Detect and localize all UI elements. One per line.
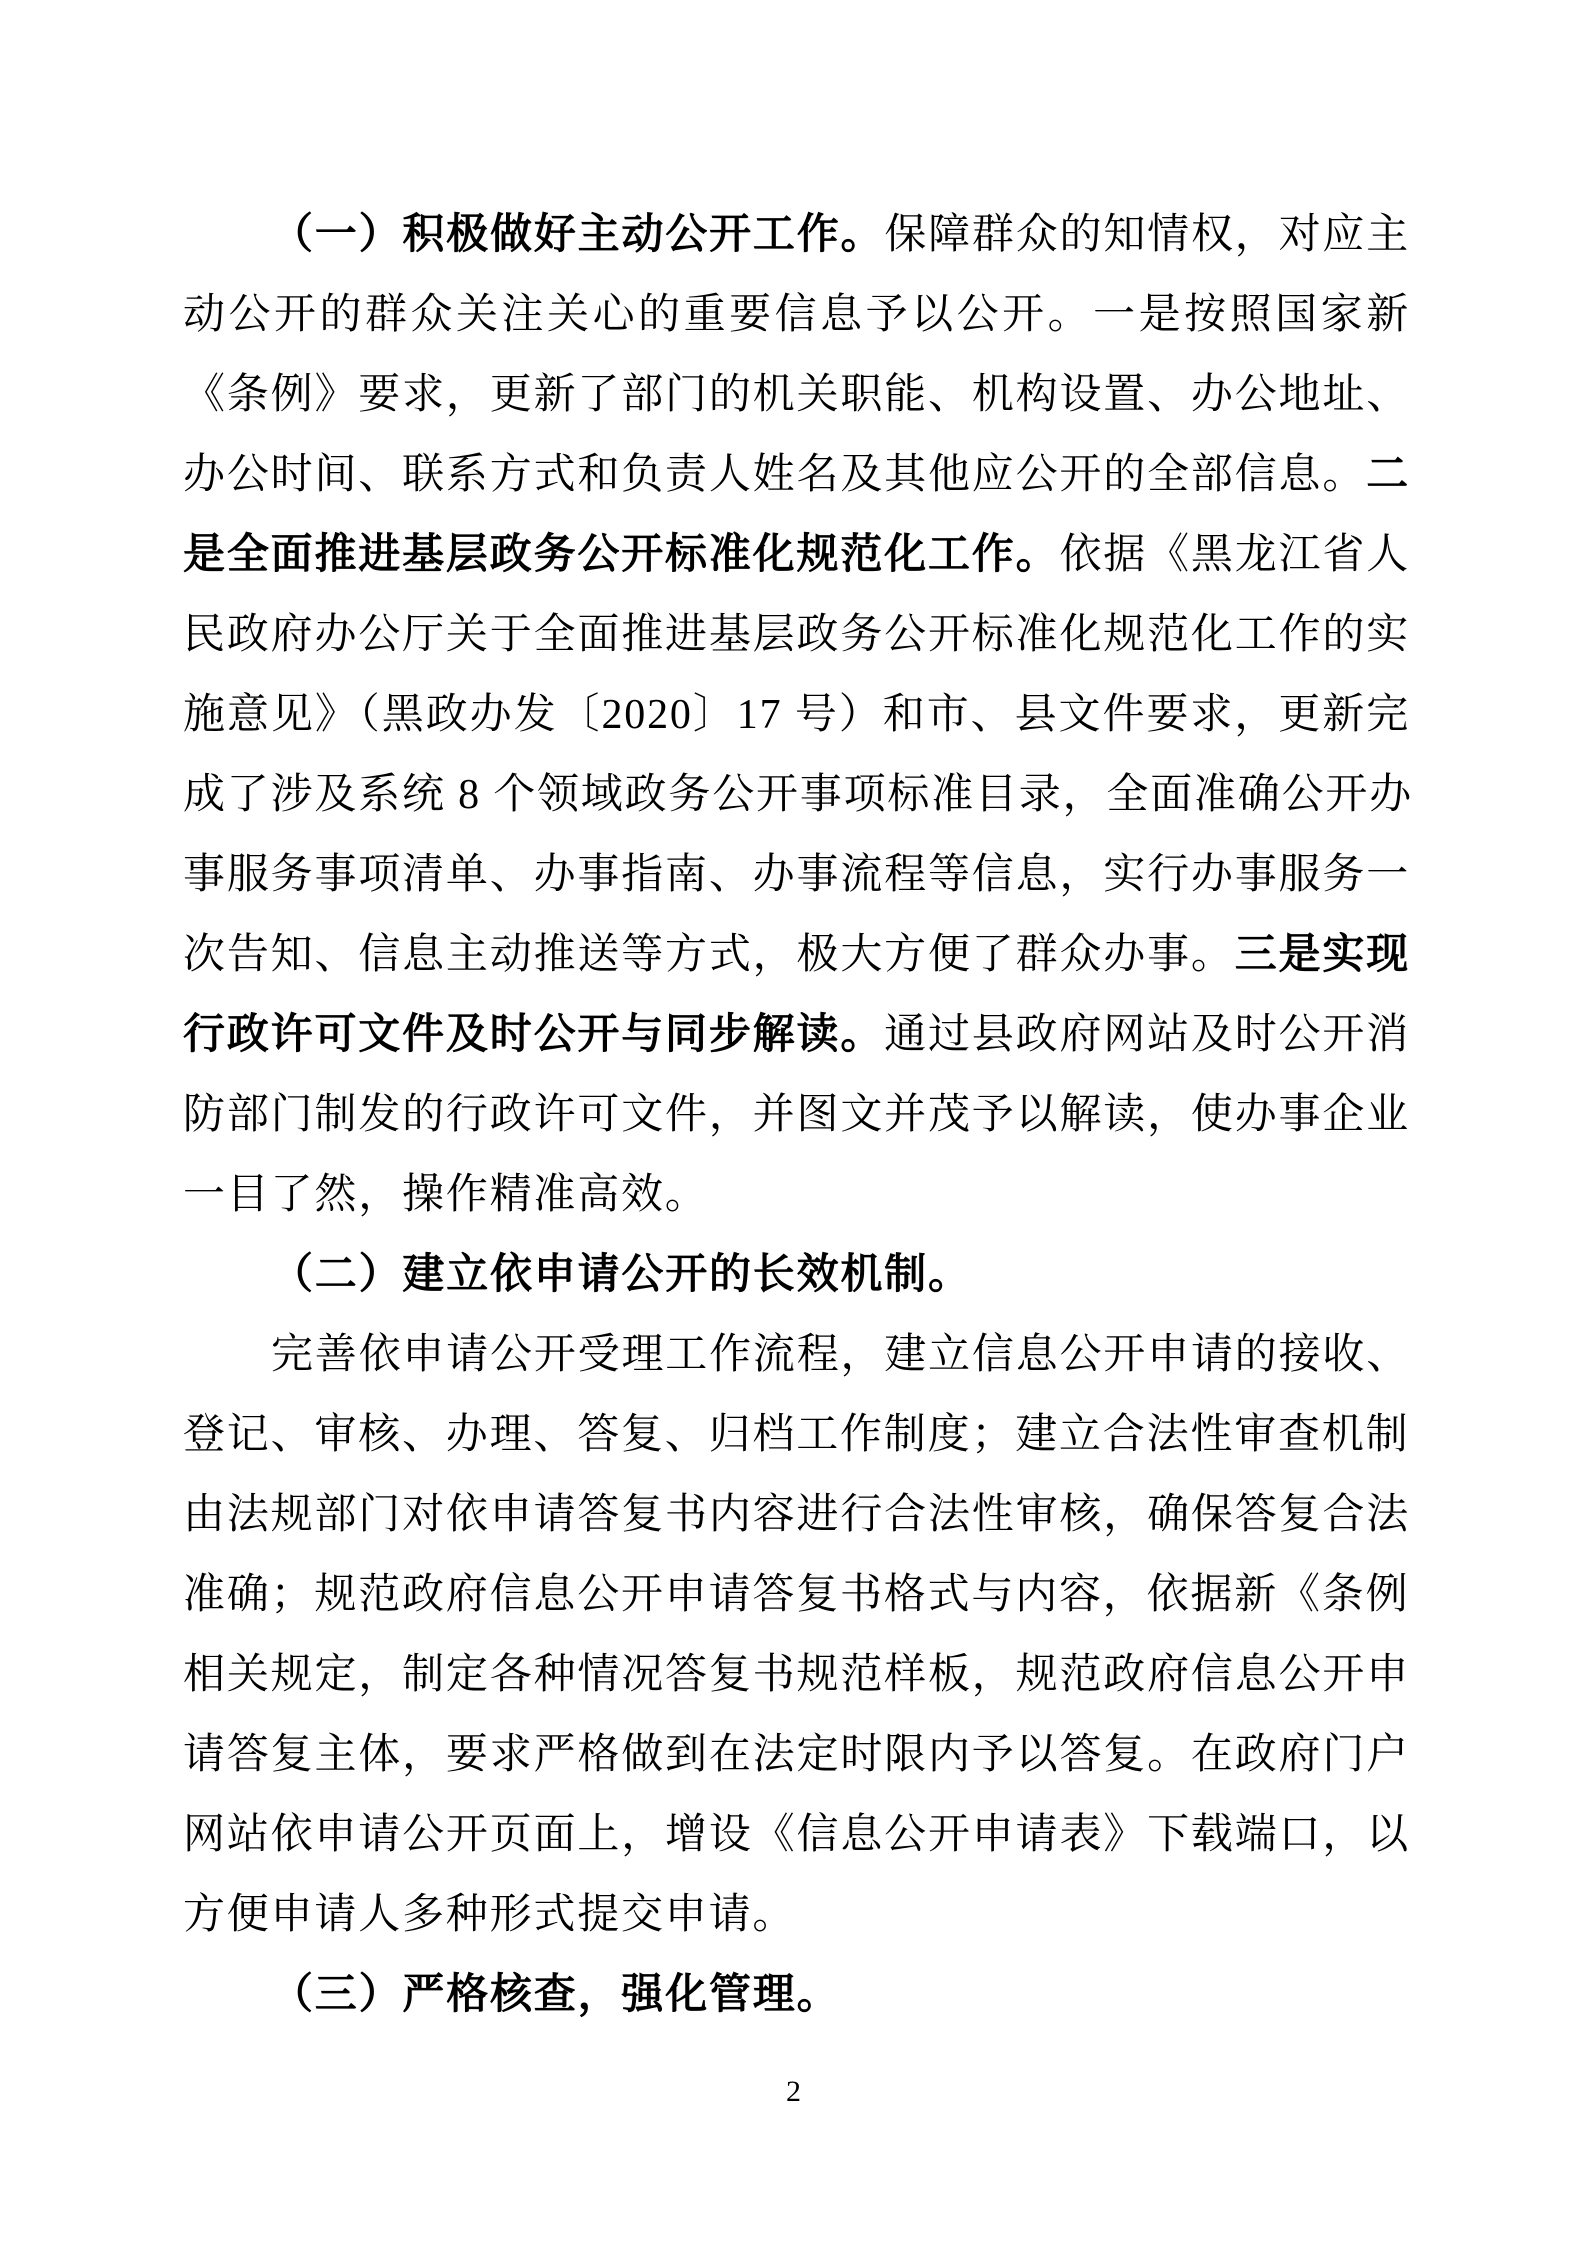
text-line: 施意见》（黑政办发〔2020〕17 号）和市、县文件要求，更新完 <box>183 675 1410 755</box>
text-segment: 保障群众的知情权，对应主 <box>884 212 1410 258</box>
paragraph-section-3-heading: （三）严格核查，强化管理。 <box>183 1955 1410 2035</box>
paragraph-section-2-body: 完善依申请公开受理工作流程，建立信息公开申请的接收、登记、审核、办理、答复、归档… <box>183 1315 1410 1955</box>
text-line: （一）积极做好主动公开工作。保障群众的知情权，对应主 <box>183 195 1410 275</box>
text-line: 由法规部门对依申请答复书内容进行合法性审核，确保答复合法 <box>183 1475 1410 1555</box>
paragraph-section-1-active-disclosure: （一）积极做好主动公开工作。保障群众的知情权，对应主动公开的群众关注关心的重要信… <box>183 195 1410 1235</box>
text-segment: 防部门制发的行政许可文件，并图文并茂予以解读，使办事企业 <box>183 1092 1410 1138</box>
text-line: 准确；规范政府信息公开申请答复书格式与内容，依据新《条例》 <box>183 1555 1410 1635</box>
text-segment: 民政府办公厅关于全面推进基层政务公开标准化规范化工作的实 <box>183 612 1410 658</box>
text-line: 完善依申请公开受理工作流程，建立信息公开申请的接收、 <box>183 1315 1410 1395</box>
text-segment: 通过县政府网站及时公开消 <box>884 1012 1410 1058</box>
bold-text-segment: （三）严格核查，强化管理。 <box>271 1972 840 2018</box>
text-line: 动公开的群众关注关心的重要信息予以公开。一是按照国家新 <box>183 275 1410 355</box>
text-segment: 施意见》（黑政办发〔2020〕17 号）和市、县文件要求，更新完 <box>183 692 1410 738</box>
text-segment: 由法规部门对依申请答复书内容进行合法性审核，确保答复合法 <box>183 1492 1410 1538</box>
text-line: 《条例》要求，更新了部门的机关职能、机构设置、办公地址、 <box>183 355 1410 435</box>
bold-text-segment: 行政许可文件及时公开与同步解读。 <box>183 1012 884 1058</box>
text-line: 行政许可文件及时公开与同步解读。通过县政府网站及时公开消 <box>183 995 1410 1075</box>
text-segment: 请答复主体，要求严格做到在法定时限内予以答复。在政府门户 <box>183 1732 1410 1778</box>
page-number: 2 <box>0 2072 1587 2112</box>
text-segment: 《条例》要求，更新了部门的机关职能、机构设置、办公地址、 <box>183 372 1410 418</box>
bold-text-segment: 三是实现 <box>1235 932 1410 978</box>
text-segment: 一目了然，操作精准高效。 <box>183 1172 709 1218</box>
text-line: 办公时间、联系方式和负责人姓名及其他应公开的全部信息。二 <box>183 435 1410 515</box>
text-line: 成了涉及系统 8 个领域政务公开事项标准目录，全面准确公开办 <box>183 755 1410 835</box>
text-segment: 完善依申请公开受理工作流程，建立信息公开申请的接收、 <box>271 1332 1410 1378</box>
document-page: （一）积极做好主动公开工作。保障群众的知情权，对应主动公开的群众关注关心的重要信… <box>0 0 1587 2245</box>
text-line: 次告知、信息主动推送等方式，极大方便了群众办事。三是实现 <box>183 915 1410 995</box>
text-line: 网站依申请公开页面上，增设《信息公开申请表》下载端口，以 <box>183 1795 1410 1875</box>
text-segment: 办公时间、联系方式和负责人姓名及其他应公开的全部信息。 <box>183 452 1366 498</box>
text-line: 登记、审核、办理、答复、归档工作制度；建立合法性审查机制， <box>183 1395 1410 1475</box>
text-line: 相关规定，制定各种情况答复书规范样板，规范政府信息公开申 <box>183 1635 1410 1715</box>
text-line: （三）严格核查，强化管理。 <box>183 1955 1410 2035</box>
text-segment: 事服务事项清单、办事指南、办事流程等信息，实行办事服务一 <box>183 852 1410 898</box>
text-line: 民政府办公厅关于全面推进基层政务公开标准化规范化工作的实 <box>183 595 1410 675</box>
text-segment: 方便申请人多种形式提交申请。 <box>183 1892 796 1938</box>
text-line: 防部门制发的行政许可文件，并图文并茂予以解读，使办事企业 <box>183 1075 1410 1155</box>
bold-text-segment: 是全面推进基层政务公开标准化规范化工作。 <box>183 532 1059 578</box>
text-line: 一目了然，操作精准高效。 <box>183 1155 1410 1235</box>
text-line: 事服务事项清单、办事指南、办事流程等信息，实行办事服务一 <box>183 835 1410 915</box>
text-segment: 网站依申请公开页面上，增设《信息公开申请表》下载端口，以 <box>183 1812 1410 1858</box>
document-body: （一）积极做好主动公开工作。保障群众的知情权，对应主动公开的群众关注关心的重要信… <box>183 195 1410 2035</box>
text-segment: 准确；规范政府信息公开申请答复书格式与内容，依据新《条例》 <box>183 1572 1410 1618</box>
text-line: （二）建立依申请公开的长效机制。 <box>183 1235 1410 1315</box>
text-segment: 依据《黑龙江省人 <box>1059 532 1410 578</box>
bold-text-segment: （二）建立依申请公开的长效机制。 <box>271 1252 972 1298</box>
text-segment: 登记、审核、办理、答复、归档工作制度；建立合法性审查机制， <box>183 1412 1410 1458</box>
text-line: 方便申请人多种形式提交申请。 <box>183 1875 1410 1955</box>
text-line: 是全面推进基层政务公开标准化规范化工作。依据《黑龙江省人 <box>183 515 1410 595</box>
text-line: 请答复主体，要求严格做到在法定时限内予以答复。在政府门户 <box>183 1715 1410 1795</box>
text-segment: 成了涉及系统 8 个领域政务公开事项标准目录，全面准确公开办 <box>183 772 1410 818</box>
bold-text-segment: 二 <box>1366 452 1410 498</box>
text-segment: 动公开的群众关注关心的重要信息予以公开。一是按照国家新 <box>183 292 1410 338</box>
bold-text-segment: （一）积极做好主动公开工作。 <box>271 212 884 258</box>
text-segment: 相关规定，制定各种情况答复书规范样板，规范政府信息公开申 <box>183 1652 1410 1698</box>
paragraph-section-2-heading: （二）建立依申请公开的长效机制。 <box>183 1235 1410 1315</box>
text-segment: 次告知、信息主动推送等方式，极大方便了群众办事。 <box>183 932 1235 978</box>
